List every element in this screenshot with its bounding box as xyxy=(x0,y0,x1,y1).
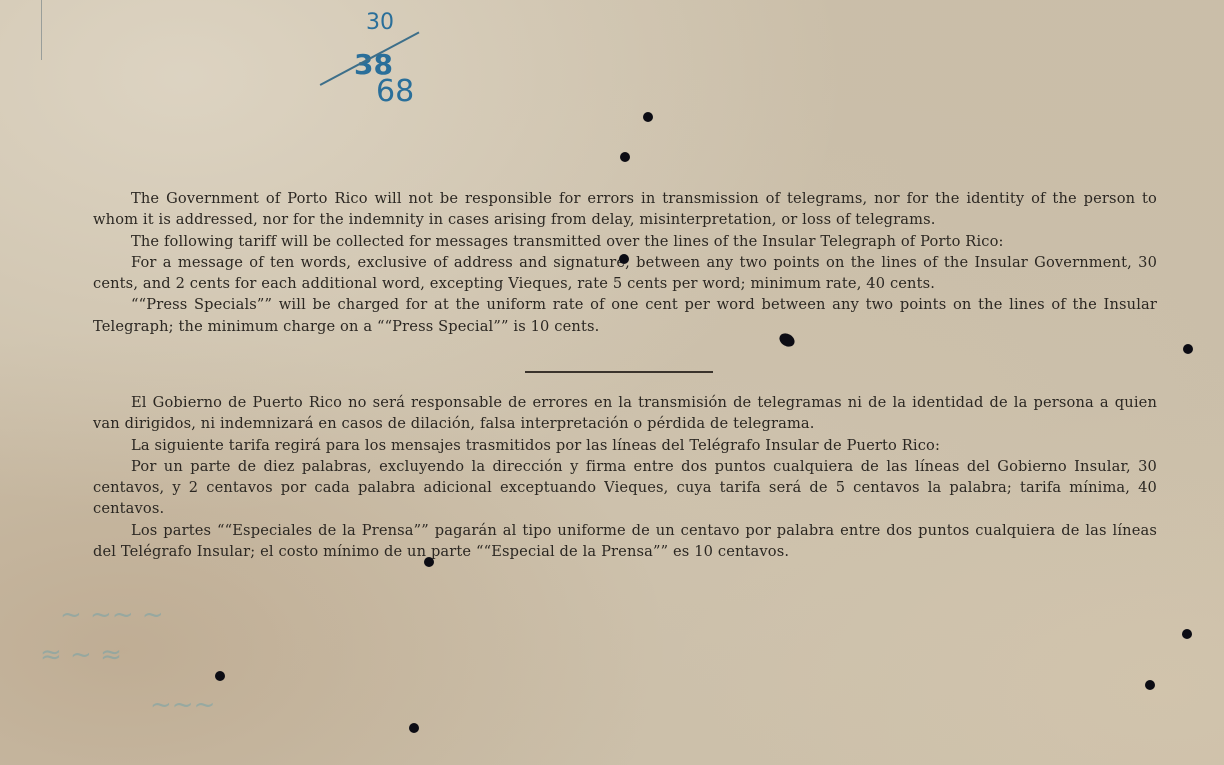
spanish-liability-paragraph: El Gobierno de Puerto Rico no será respo… xyxy=(93,392,1157,435)
spanish-press-specials: Los partes ““Especiales de la Prensa”” p… xyxy=(93,520,1157,563)
pencil-scribble: ~ ~~ ~ xyxy=(60,600,164,630)
pencil-scribble: ~~~ xyxy=(150,690,215,720)
handwritten-sum-result: 68 xyxy=(376,74,414,109)
telegram-form-back: 30 38 68 The Government of Porto Rico wi… xyxy=(0,0,1224,765)
english-press-specials: ““Press Specials”” will be charged for a… xyxy=(93,294,1157,337)
punch-hole xyxy=(1145,680,1155,690)
punch-hole xyxy=(619,254,629,264)
spanish-message-rate: Por un parte de diez palabras, excluyend… xyxy=(93,456,1157,520)
punch-hole xyxy=(409,723,419,733)
english-liability-paragraph: The Government of Porto Rico will not be… xyxy=(93,188,1157,231)
english-tariff-intro: The following tariff will be collected f… xyxy=(93,231,1157,252)
punch-hole xyxy=(643,112,653,122)
punch-hole xyxy=(215,671,225,681)
punch-hole xyxy=(1182,629,1192,639)
margin-mark xyxy=(41,0,42,60)
punch-hole xyxy=(620,152,630,162)
pencil-scribble: ≈ ~ ≈ xyxy=(40,640,122,670)
punch-hole xyxy=(1183,344,1193,354)
punch-hole xyxy=(424,557,434,567)
spanish-tariff-intro: La siguiente tarifa regirá para los mens… xyxy=(93,435,1157,456)
handwritten-sum: 30 38 68 xyxy=(318,8,438,128)
handwritten-number-1: 30 xyxy=(366,10,394,35)
spanish-terms: El Gobierno de Puerto Rico no será respo… xyxy=(93,392,1157,562)
section-divider xyxy=(525,371,713,373)
